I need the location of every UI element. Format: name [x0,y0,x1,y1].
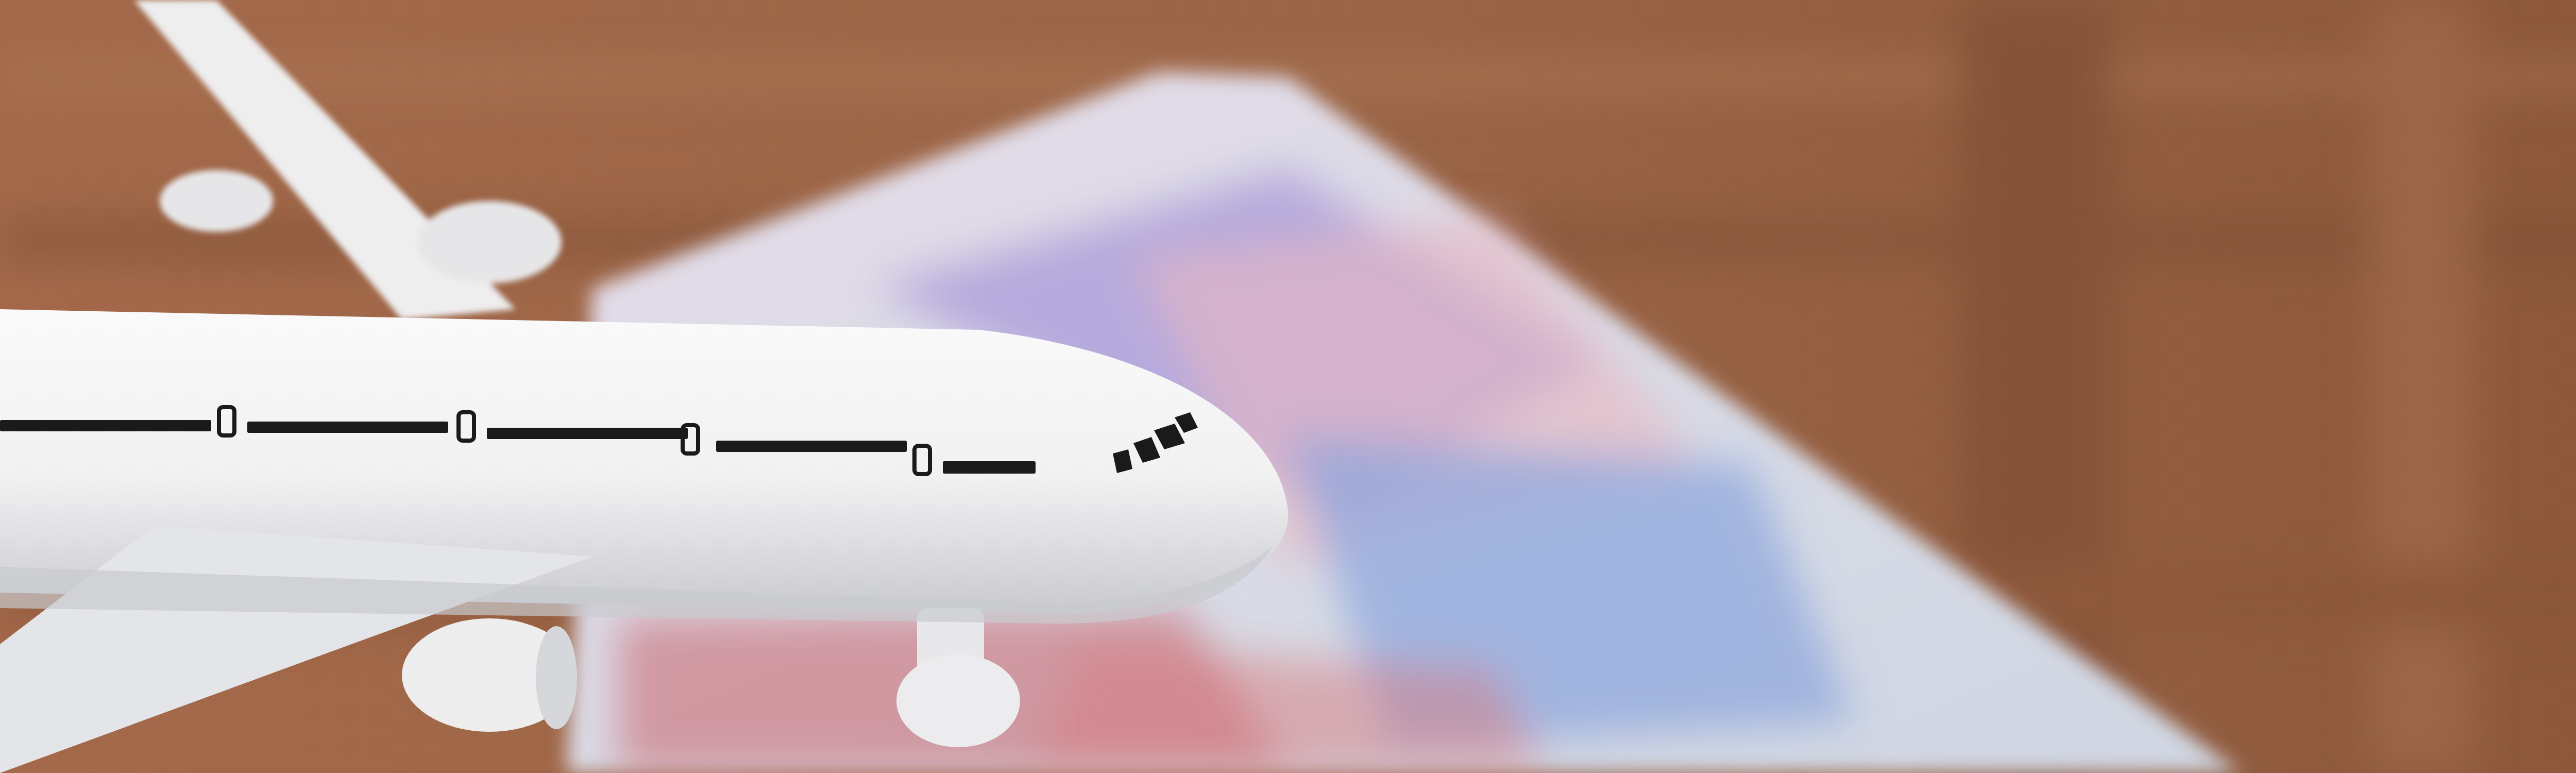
photo-scene [0,0,2576,773]
